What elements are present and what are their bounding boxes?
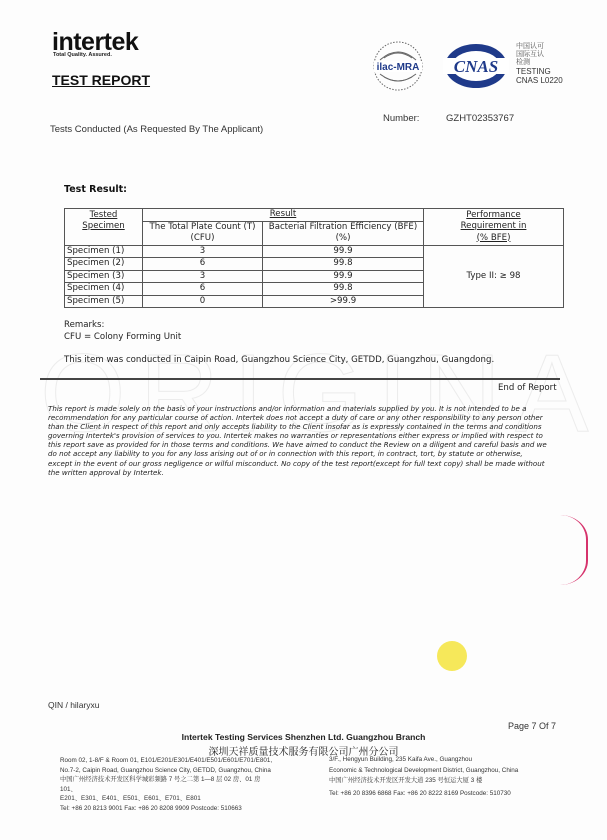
table-row: Specimen (1) 3 99.9 Type II: ≥ 98 [65,245,564,258]
specimen-cell: Specimen (3) [65,270,143,283]
company-name-en: Intertek Testing Services Shenzhen Ltd. … [0,732,607,742]
divider [40,378,560,380]
bfe-cell: 99.9 [263,270,424,283]
bfe-cell: 99.8 [263,283,424,296]
cnas-zh-line: 国际互认 [516,51,563,59]
specimen-cell: Specimen (1) [65,245,143,258]
specimen-cell: Specimen (4) [65,283,143,296]
bfe-cell: 99.9 [263,245,424,258]
svg-text:CNAS: CNAS [454,57,498,76]
address-left: Room 02, 1-8/F & Room 01, E101/E201/E301… [60,756,320,813]
logo-tagline: Total Quality. Assured. [53,52,112,58]
bfe-cell: 99.8 [263,258,424,271]
cnas-en-line: TESTING [516,67,563,76]
end-of-report: End of Report [498,383,557,393]
results-table: Tested Specimen Result Performance Requi… [64,208,564,308]
remarks-label: Remarks: [64,319,181,331]
ilac-mra-logo: ilac-MRA [372,40,424,92]
cnas-zh-line: 中国认可 [516,43,563,51]
report-number-value: GZHT02353767 [446,113,514,124]
tpc-cell: 3 [143,245,263,258]
address-line: Tel: +86 20 8213 9001 Fax: +86 20 8208 9… [60,804,320,814]
remarks-text: CFU = Colony Forming Unit [64,331,181,343]
conducted-location-note: This item was conducted in Caipin Road, … [64,355,494,365]
disclaimer-text: This report is made solely on the basis … [48,404,548,477]
address-line: 3/F., Hengyun Building, 235 Kaifa Ave., … [329,755,599,766]
cnas-en-line: CNAS L0220 [516,76,563,85]
requirement-cell: Type II: ≥ 98 [424,245,564,308]
svg-text:ilac-MRA: ilac-MRA [377,62,420,73]
test-result-heading: Test Result: [64,184,127,195]
tpc-cell: 3 [143,270,263,283]
header-requirement: Performance Requirement in (% BFE) [424,209,564,246]
tpc-cell: 6 [143,258,263,271]
address-right: 3/F., Hengyun Building, 235 Kaifa Ave., … [329,755,599,799]
address-line: 中国广州经济技术开发区科学城彩频路 7 号之二第 1—8 层 02 房、01 房 [60,775,320,785]
highlight-dot [437,641,467,671]
remarks: Remarks: CFU = Colony Forming Unit [64,319,181,343]
bfe-cell: >99.9 [263,295,424,308]
page-title: TEST REPORT [52,72,150,88]
table-header-row: Tested Specimen Result Performance Requi… [65,209,564,222]
header-bfe: Bacterial Filtration Efficiency (BFE) (%… [263,221,424,245]
specimen-cell: Specimen (2) [65,258,143,271]
address-line: 中国广州经济技术开发区开发大道 235 号恒运大厦 3 楼 [329,776,599,787]
seal-stamp-icon [560,515,588,585]
cnas-logo: CNAS [443,42,509,90]
address-line: 101、 [60,785,320,795]
cnas-accreditation-text: 中国认可 国际互认 检测 TESTING CNAS L0220 [516,43,563,85]
tpc-cell: 0 [143,295,263,308]
address-line: Room 02, 1-8/F & Room 01, E101/E201/E301… [60,756,320,766]
cnas-zh-line: 检测 [516,59,563,67]
tpc-cell: 6 [143,283,263,296]
specimen-cell: Specimen (5) [65,295,143,308]
header-result: Result [143,209,424,222]
address-line: Tel: +86 20 8396 6868 Fax: +86 20 8222 8… [329,789,599,800]
header-tpc: The Total Plate Count (T) (CFU) [143,221,263,245]
report-number-label: Number: [383,113,419,124]
address-line: No.7-2, Caipin Road, Guangzhou Science C… [60,766,320,776]
address-line: Economic & Technological Development Dis… [329,766,599,777]
header-specimen: Tested Specimen [65,209,143,246]
signer: QIN / hilaryxu [48,700,100,710]
tests-conducted-text: Tests Conducted (As Requested By The App… [50,124,263,135]
page-number: Page 7 Of 7 [508,721,556,731]
address-line: E201、E301、E401、E501、E601、E701、E801 [60,794,320,804]
